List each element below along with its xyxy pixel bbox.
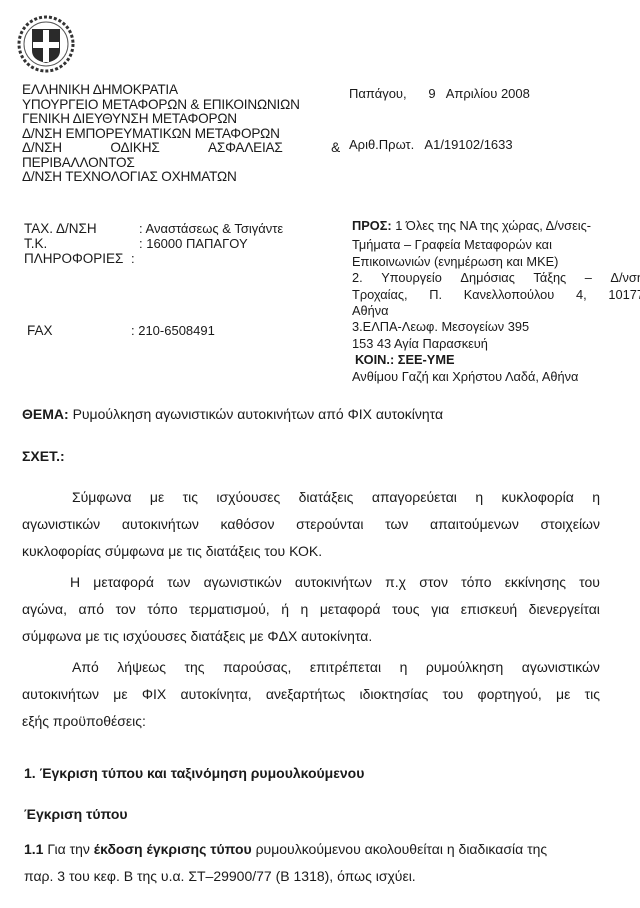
header-line: Δ/ΝΣΗ ΕΜΠΟΡΕΥΜΑΤΙΚΩΝ ΜΕΤΑΦΟΡΩΝ [22, 127, 340, 142]
reference-label: ΣΧΕΤ.: [22, 448, 65, 464]
info-row: ΠΛΗΡΟΦΟΡΙΕΣ: [24, 251, 283, 266]
header-line: ΥΠΟΥΡΓΕΙΟ ΜΕΤΑΦΟΡΩΝ & ΕΠΙΚΟΙΝΩΝΙΩΝ [22, 98, 340, 113]
document-date: Παπάγου, 9 Απριλίου 2008 [349, 86, 530, 101]
paragraph-2: Ημεταφοράτωναγωνιστικώναυτοκινήτωνπ.χστο… [22, 569, 600, 650]
issuer-header: ΕΛΛΗΝΙΚΗ ΔΗΜΟΚΡΑΤΙΑ ΥΠΟΥΡΓΕΙΟ ΜΕΤΑΦΟΡΩΝ … [22, 83, 340, 185]
section-heading: 1. Έγκριση τύπου και ταξινόμηση ρυμουλκο… [24, 765, 364, 781]
zip-row: Τ.Κ.: 16000 ΠΑΠΑΓΟΥ [24, 236, 283, 251]
header-line: Δ/ΝΣΗ ΟΔΙΚΗΣ ΑΣΦΑΛΕΙΑΣ & [22, 141, 340, 156]
fax-row: FAX: 210-6508491 [27, 323, 215, 338]
contact-block: ΤΑΧ. Δ/ΝΣΗ: Αναστάσεως & Τσιγάντε Τ.Κ.: … [24, 221, 283, 266]
header-line: ΠΕΡΙΒΑΛΛΟΝΤΟΣ [22, 156, 340, 171]
protocol-number: Αριθ.Πρωτ. Α1/19102/1633 [349, 137, 513, 152]
paragraph-1: Σύμφωναμετιςισχύουσεςδιατάξειςαπαγορεύετ… [22, 484, 600, 565]
header-line: ΓΕΝΙΚΗ ΔΙΕΥΘΥΝΣΗ ΜΕΤΑΦΟΡΩΝ [22, 112, 340, 127]
greek-coat-of-arms-icon [17, 15, 75, 73]
header-line: ΕΛΛΗΝΙΚΗ ΔΗΜΟΚΡΑΤΙΑ [22, 83, 340, 98]
header-line: Δ/ΝΣΗ ΤΕΧΝΟΛΟΓΙΑΣ ΟΧΗΜΑΤΩΝ [22, 170, 340, 185]
paragraph-1-1: 1.1 Για την έκδοση έγκρισης τύπου ρυμουλ… [24, 836, 547, 890]
recipients-block: ΠΡΟΣ: 1 Όλες της ΝΑ της χώρας, Δ/νσεις- … [352, 218, 640, 385]
section-subheading: Έγκριση τύπου [24, 806, 128, 822]
address-row: ΤΑΧ. Δ/ΝΣΗ: Αναστάσεως & Τσιγάντε [24, 221, 283, 236]
paragraph-3: Απόλήψεωςτηςπαρούσας,επιτρέπεταιηρυμούλκ… [22, 654, 600, 735]
subject-line: ΘΕΜΑ: Ρυμούλκηση αγωνιστικών αυτοκινήτων… [22, 406, 443, 422]
